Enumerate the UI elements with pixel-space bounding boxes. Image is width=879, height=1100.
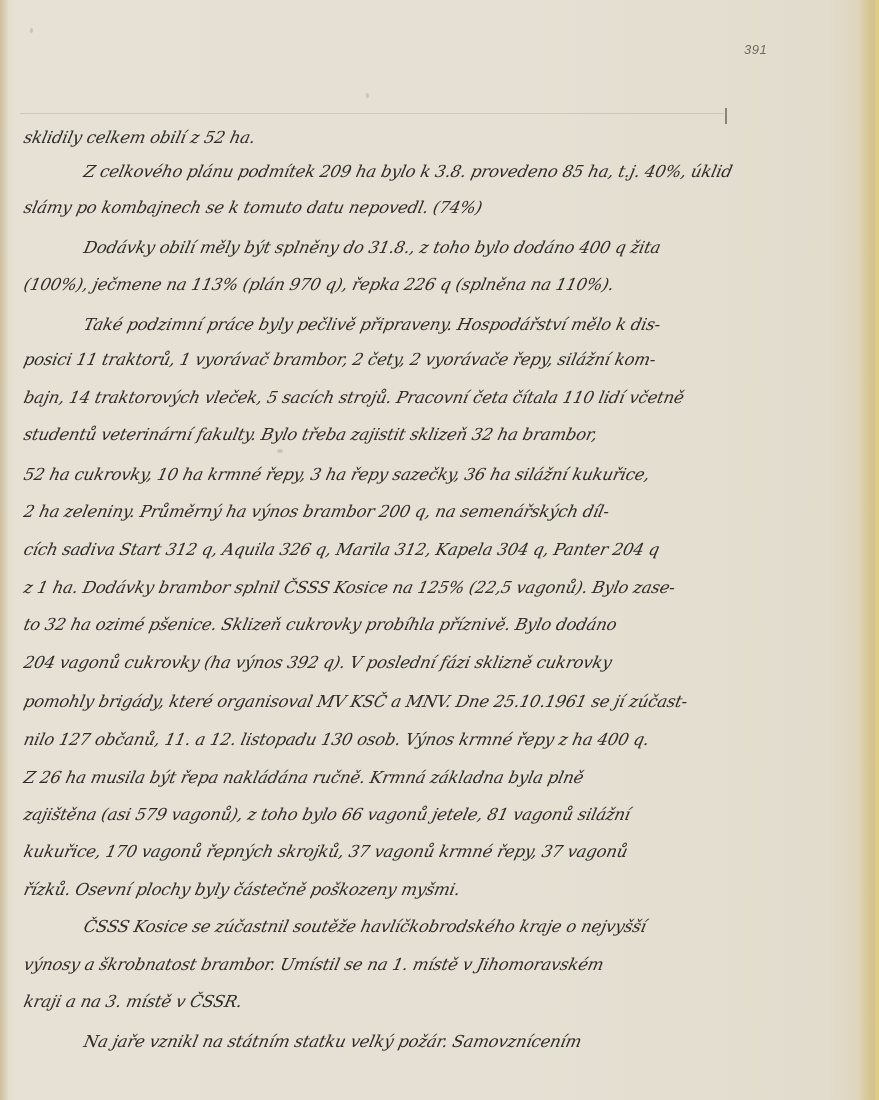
binding-edge [0,0,8,1100]
page-edge [875,0,879,1100]
text-line: 52 ha cukrovky, 10 ha krmné řepy, 3 ha ř… [22,465,652,484]
text-line: pomohly brigády, které organisoval MV KS… [22,692,689,711]
text-line: Z 26 ha musila být řepa nakládána ručně.… [22,768,585,787]
text-line: zajištěna (asi 579 vagonů), z toho bylo … [22,805,632,824]
text-line: Dodávky obilí měly být splněny do 31.8.,… [82,238,663,257]
text-line: kraji a na 3. místě v ČSSR. [22,992,244,1011]
text-line: 204 vagonů cukrovky (ha výnos 392 q). V … [22,653,614,672]
text-line: sklidily celkem obilí z 52 ha. [22,128,257,147]
text-line: studentů veterinární fakulty. Bylo třeba… [22,425,599,444]
text-line: posici 11 traktorů, 1 vyorávač brambor, … [22,350,657,369]
document-page: 391 sklidily celkem obilí z 52 ha. Z cel… [0,0,879,1100]
text-line: Na jaře vznikl na státním statku velký p… [82,1032,583,1051]
text-line: to 32 ha ozimé pšenice. Sklizeň cukrovky… [22,615,619,634]
text-line: Z celkového plánu podmítek 209 ha bylo k… [82,162,734,181]
text-line: výnosy a škrobnatost brambor. Umístil se… [22,955,605,974]
text-line: cích sadiva Start 312 q, Aquila 326 q, M… [22,540,661,559]
paper-speck [277,449,283,453]
text-line: řízků. Osevní plochy byly částečně poško… [22,880,462,899]
text-line: ČSSS Kosice se zúčastnil soutěže havlíčk… [82,917,648,936]
ruled-frame-tick [725,108,727,124]
paper-speck [30,28,33,33]
text-line: nilo 127 občanů, 11. a 12. listopadu 130… [22,730,651,749]
paper-speck [366,93,369,98]
text-line: (100%), ječmene na 113% (plán 970 q), ře… [22,275,616,294]
text-line: slámy po kombajnech se k tomuto datu nep… [22,198,484,217]
text-line: 2 ha zeleniny. Průměrný ha výnos brambor… [22,502,611,521]
text-line: kukuřice, 170 vagonů řepných skrojků, 37… [22,842,629,861]
text-line: z 1 ha. Dodávky brambor splnil ČSSS Kosi… [22,578,677,597]
ruled-frame-top [20,113,724,114]
text-line: bajn, 14 traktorových vleček, 5 sacích s… [22,388,686,407]
text-line: Také podzimní práce byly pečlivě připrav… [82,315,662,334]
page-number: 391 [744,42,767,57]
